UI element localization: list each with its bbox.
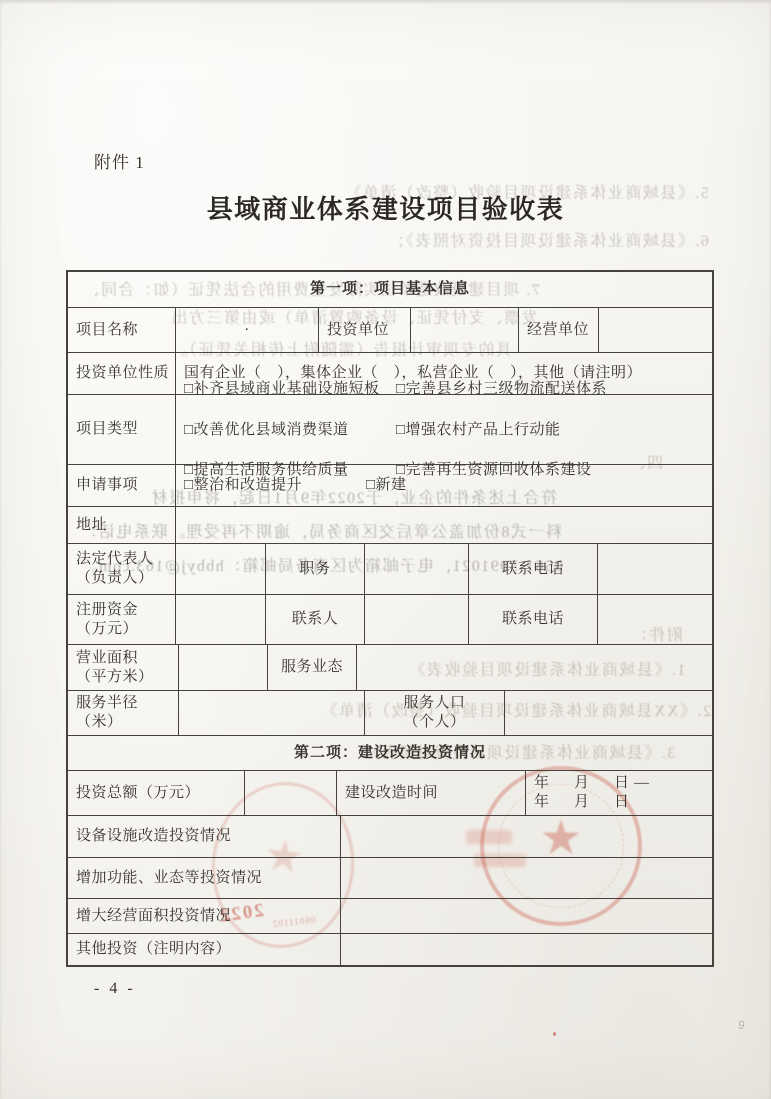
label-registered-capital: 注册资金 （万元） [68, 595, 175, 644]
checkbox-option: □整治和改造提升 [184, 476, 366, 495]
value-service-population [504, 691, 712, 735]
label-legal-rep: 法定代表人 （负责人） [68, 544, 175, 594]
section2-header-row: 第二项：建设改造投资情况 [68, 735, 712, 770]
row-other-invest: 其他投资（注明内容） [68, 933, 712, 965]
option-line: □改善优化县域消费渠道 □增强农村产品上行动能 [184, 419, 607, 441]
bleedthrough-text: 6.《县域商业体系建设项目投资对照表》； [387, 228, 709, 251]
label-phone: 联系电话 [468, 544, 597, 594]
value-total-investment [244, 771, 336, 815]
row-legal-rep: 法定代表人 （负责人） 职务 联系电话 [68, 543, 712, 594]
label-equipment-invest: 设备设施改造投资情况 [68, 816, 340, 857]
label-other-invest: 其他投资（注明内容） [68, 934, 340, 965]
value-service-type [356, 645, 712, 690]
option-line: □补齐县域商业基础设施短板 □完善县乡村三级物流配送体系 [184, 378, 607, 400]
row-total-investment: 投资总额（万元） 建设改造时间 年 月 日— 年 月 日 [68, 770, 712, 815]
label-invest-nature: 投资单位性质 [68, 353, 175, 394]
value-area-invest [340, 899, 712, 933]
section2-header: 第二项：建设改造投资情况 [68, 736, 712, 770]
value-application: □整治和改造提升 □新建 [175, 465, 712, 506]
label-address: 地址 [68, 507, 175, 543]
value-contact [364, 595, 468, 644]
row-address: 地址 [68, 506, 712, 543]
row-area-invest: 增大经营面积投资情况 [68, 898, 712, 933]
label-service-population: 服务人口 （个人） [364, 691, 504, 735]
checkbox-option: □新建 [366, 476, 407, 495]
label-service-type: 服务业态 [267, 645, 356, 690]
scanned-document-page: 5.《县域商业体系建设项目验收（整改）清单》 6.《县域商业体系建设项目投资对照… [0, 0, 771, 1099]
label-business-area: 营业面积 （平方米） [68, 645, 178, 690]
row-business-area: 营业面积 （平方米） 服务业态 [68, 644, 712, 690]
row-service-radius: 服务半径 （米） 服务人口 （个人） [68, 690, 712, 735]
label-phone: 联系电话 [468, 595, 597, 644]
page-title: 县域商业体系建设项目验收表 [0, 189, 771, 226]
row-function-invest: 增加功能、业态等投资情况 [68, 857, 712, 898]
section1-header: 第一项：项目基本信息 [68, 272, 712, 307]
label-application: 申请事项 [68, 465, 175, 506]
value-operate-unit [598, 308, 712, 352]
value-invest-unit [410, 308, 518, 352]
value-project-name: · [175, 308, 318, 352]
checkbox-option: □完善县乡村三级物流配送体系 [396, 378, 607, 400]
checkbox-option: □改善优化县域消费渠道 [184, 419, 396, 441]
row-equipment-invest: 设备设施改造投资情况 [68, 815, 712, 857]
row-registered-capital: 注册资金 （万元） 联系人 联系电话 [68, 594, 712, 644]
value-business-area [178, 645, 267, 690]
value-address [175, 507, 712, 543]
value-other-invest [340, 934, 712, 965]
pen-mark: 9 [737, 1017, 746, 1032]
value-equipment-invest [340, 816, 712, 857]
value-function-invest [340, 858, 712, 898]
label-contact: 联系人 [265, 595, 364, 644]
red-dot-mark [553, 1032, 556, 1036]
value-legal-rep [175, 544, 265, 594]
value-service-radius [178, 691, 364, 735]
label-area-invest: 增大经营面积投资情况 [68, 899, 340, 933]
checkbox-option: □补齐县域商业基础设施短板 [184, 378, 396, 400]
label-function-invest: 增加功能、业态等投资情况 [68, 858, 340, 898]
value-phone [597, 595, 712, 644]
value-project-type: □补齐县域商业基础设施短板 □完善县乡村三级物流配送体系 □改善优化县域消费渠道… [175, 395, 712, 464]
label-operate-unit: 经营单位 [518, 308, 598, 352]
value-duty [364, 544, 468, 594]
acceptance-form-table: 第一项：项目基本信息 项目名称 · 投资单位 经营单位 投资单位性质 国有企业（… [66, 270, 714, 967]
label-service-radius: 服务半径 （米） [68, 691, 178, 735]
value-phone [597, 544, 712, 594]
label-total-investment: 投资总额（万元） [68, 771, 244, 815]
row-project-type: 项目类型 □补齐县域商业基础设施短板 □完善县乡村三级物流配送体系 □改善优化县… [68, 394, 712, 464]
label-construction-time: 建设改造时间 [336, 771, 525, 815]
attachment-label: 附件 1 [94, 148, 145, 173]
value-registered-capital [175, 595, 265, 644]
row-application: 申请事项 □整治和改造提升 □新建 [68, 464, 712, 506]
value-date-range: 年 月 日— 年 月 日 [525, 771, 712, 815]
row-project-name: 项目名称 · 投资单位 经营单位 [68, 307, 712, 352]
section1-header-row: 第一项：项目基本信息 [68, 272, 712, 307]
page-number: - 4 - [94, 980, 136, 998]
label-duty: 职务 [265, 544, 364, 594]
label-project-type: 项目类型 [68, 395, 175, 464]
label-project-name: 项目名称 [68, 308, 175, 352]
label-invest-unit: 投资单位 [318, 308, 410, 352]
checkbox-option: □增强农村产品上行动能 [396, 419, 561, 441]
